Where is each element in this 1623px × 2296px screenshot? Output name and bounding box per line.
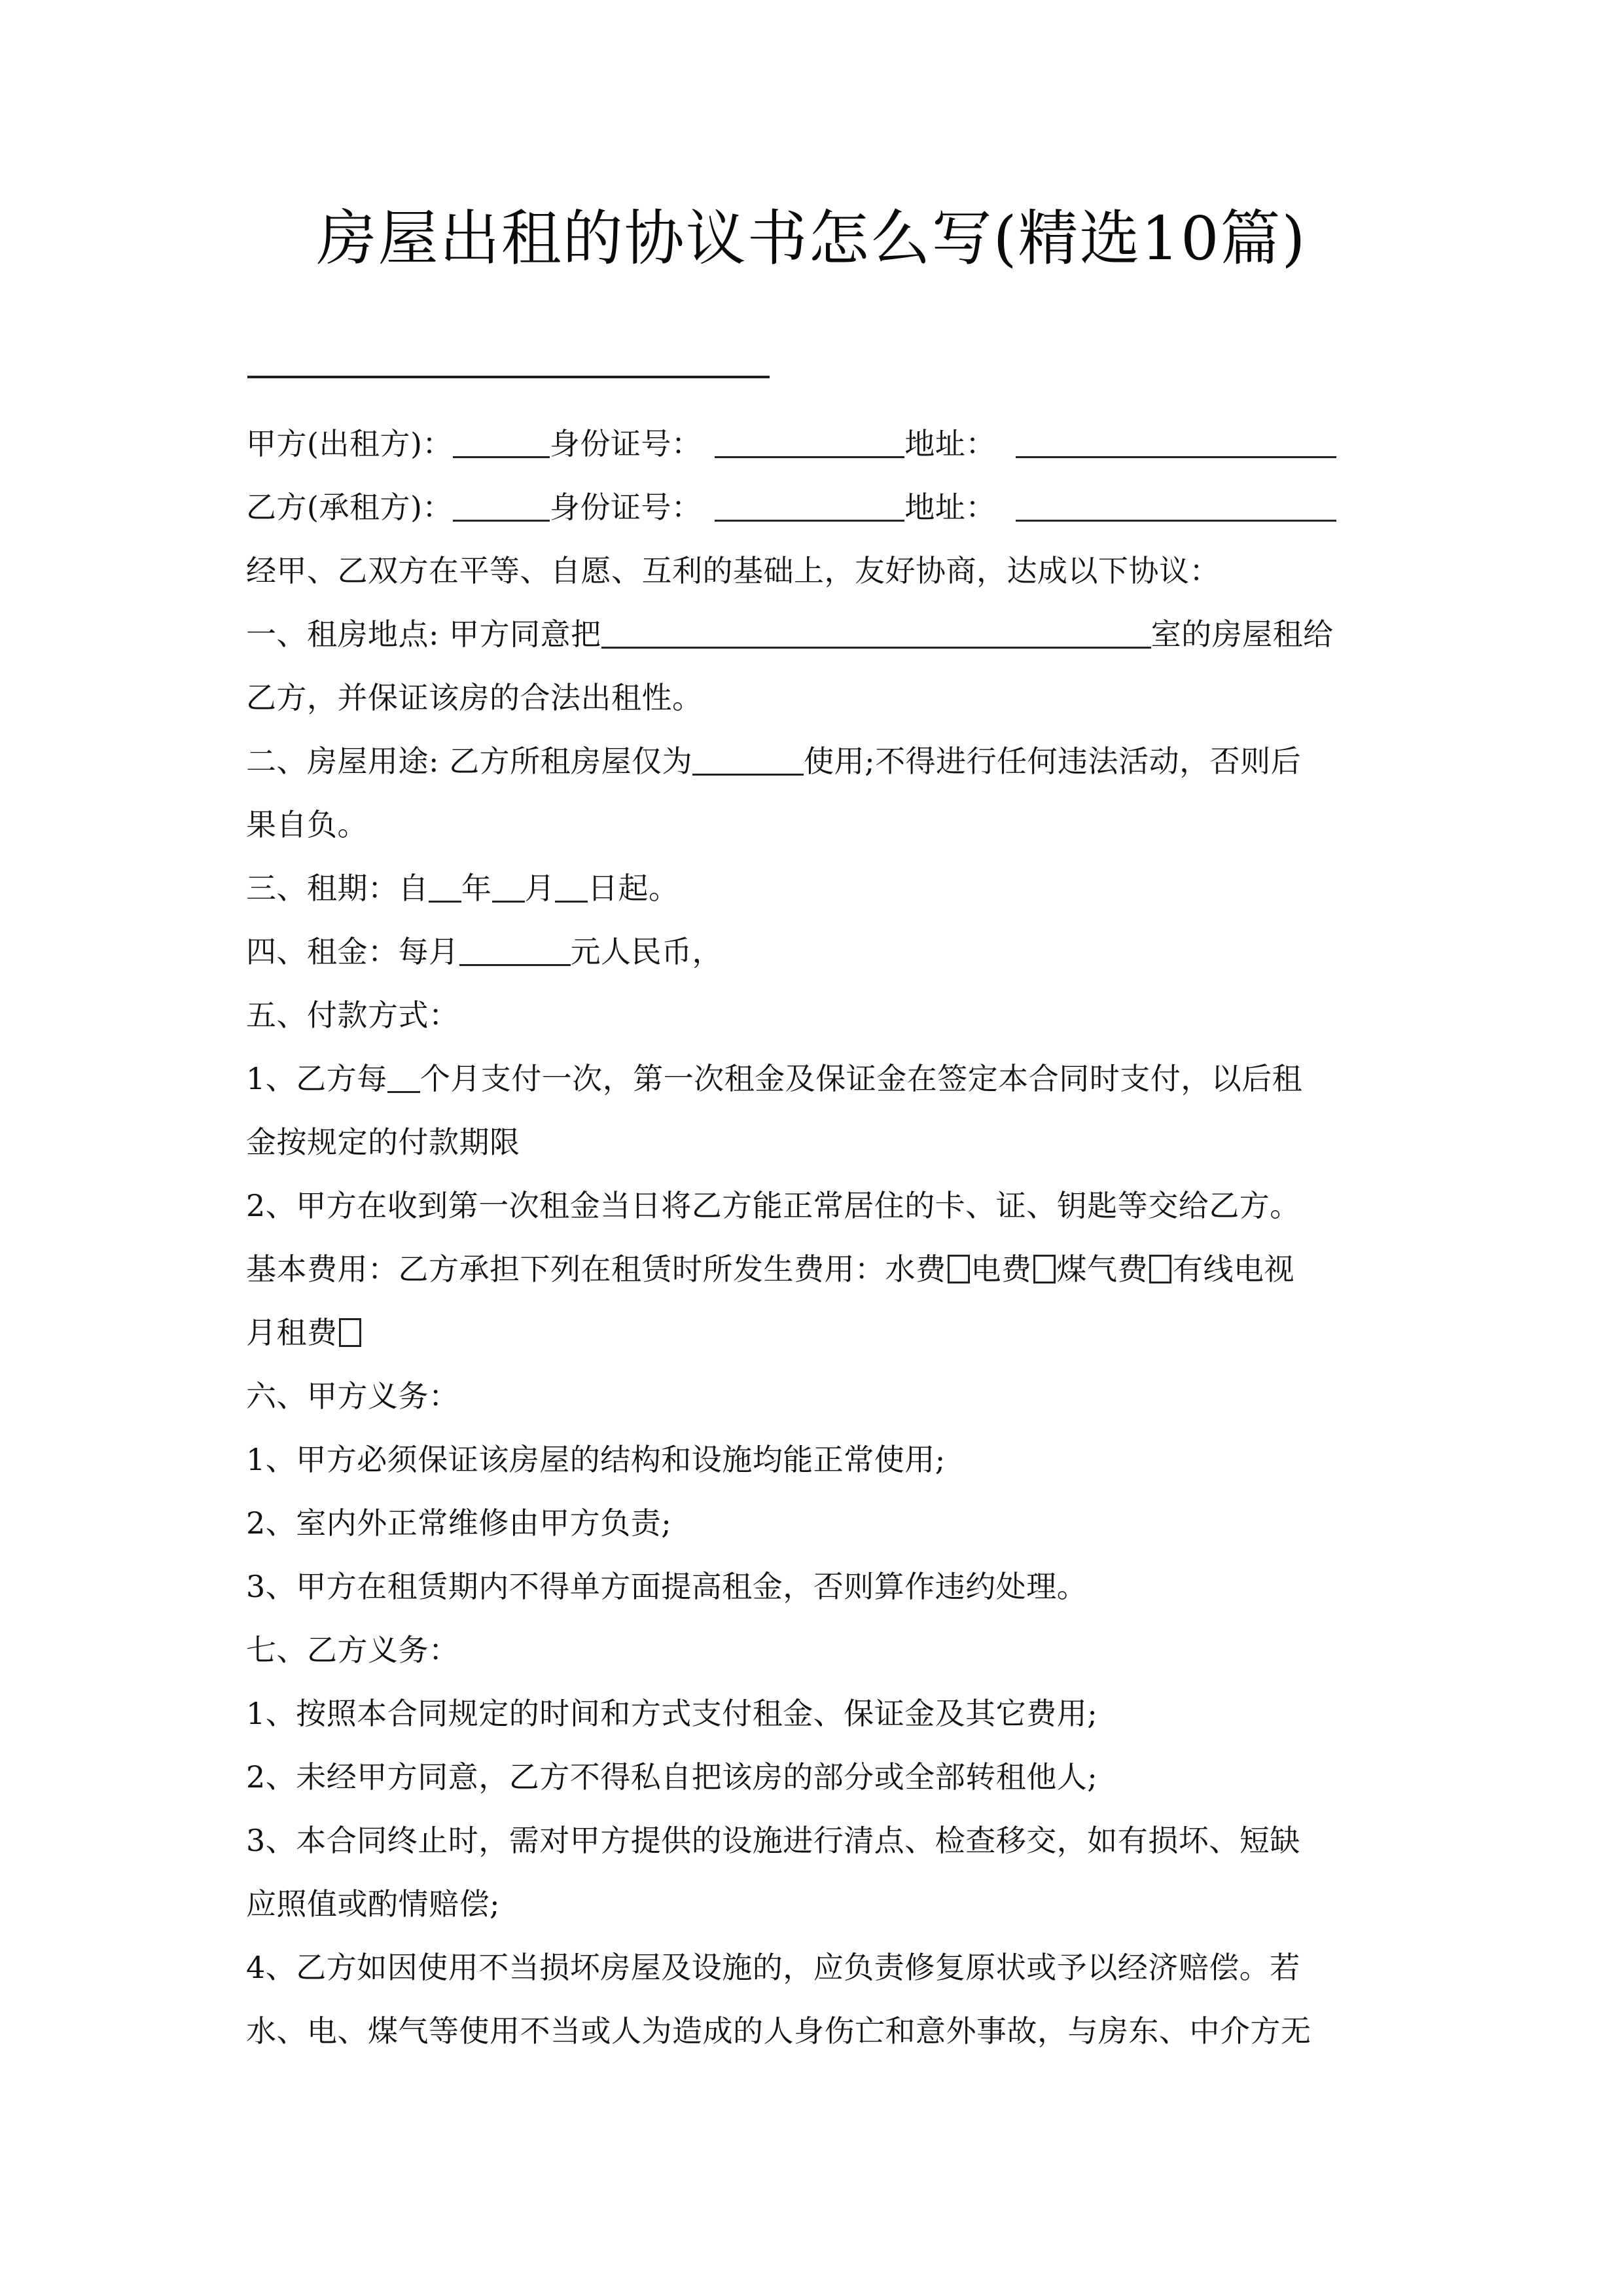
clause-5-1-text: 1、乙方每 (246, 1061, 387, 1096)
party-b-name-blank[interactable] (453, 486, 550, 522)
clause-4-line: 四、租金：每月元人民币， (246, 920, 1378, 984)
party-a-address-blank[interactable] (1016, 422, 1336, 458)
year-blank[interactable] (429, 867, 461, 903)
fees-line-1: 基本费用：乙方承担下列在租赁时所发生费用：水费电费煤气费有线电视 (246, 1238, 1378, 1301)
document-body: 甲方(出租方)：身份证号：地址： 乙方(承租方)：身份证号：地址： 经甲、乙双方… (246, 412, 1378, 2063)
party-b-id-label: 身份证号： (550, 490, 702, 525)
intro-paragraph: 经甲、乙双方在平等、自愿、互利的基础上，友好协商，达成以下协议： (246, 539, 1378, 603)
day-blank[interactable] (555, 867, 588, 903)
clause-7-item-2: 2、未经甲方同意，乙方不得私自把该房的部分或全部转租他人; (246, 1746, 1378, 1809)
clause-6-item-3: 3、甲方在租赁期内不得单方面提高租金，否则算作违约处理。 (246, 1555, 1378, 1619)
party-b-address-label: 地址： (904, 490, 996, 525)
clause-6-heading: 六、甲方义务： (246, 1365, 1378, 1428)
month-blank[interactable] (492, 867, 525, 903)
electricity-fee-label: 电费 (971, 1251, 1032, 1287)
cable-tv-monthly-checkbox[interactable] (339, 1318, 361, 1347)
rent-amount-blank[interactable] (459, 930, 571, 966)
clause-7-item-4-line-2: 水、电、煤气等使用不当或人为造成的人身伤亡和意外事故，与房东、中介方无 (246, 2000, 1378, 2063)
water-fee-checkbox[interactable] (948, 1255, 970, 1283)
clause-1-text-cont: 室的房屋租给 (1151, 617, 1334, 652)
clause-3-line: 三、租期：自年月日起。 (246, 857, 1378, 920)
party-b-label: 乙方(承租方)： (246, 490, 453, 525)
clause-1-text: 一、租房地点: 甲方同意把 (246, 617, 601, 652)
fees-text: 基本费用：乙方承担下列在租赁时所发生费用：水费 (246, 1251, 946, 1287)
clause-5-1-text-cont: 个月支付一次，第一次租金及保证金在签定本合同时支付，以后租 (420, 1061, 1303, 1096)
year-label: 年 (461, 870, 492, 906)
party-a-address-label: 地址： (904, 426, 996, 461)
month-label: 月 (525, 870, 556, 906)
monthly-fee-label: 月租费 (246, 1315, 338, 1350)
gas-fee-label: 煤气费 (1057, 1251, 1149, 1287)
clause-7-item-1: 1、按照本合同规定的时间和方式支付租金、保证金及其它费用; (246, 1682, 1378, 1746)
clause-5-heading: 五、付款方式： (246, 984, 1378, 1047)
clause-2-text-cont: 使用;不得进行任何违法活动，否则后 (804, 744, 1301, 779)
clause-5-item-1-line-1: 1、乙方每个月支付一次，第一次租金及保证金在签定本合同时支付，以后租 (246, 1047, 1378, 1111)
clause-2-text: 二、房屋用途: 乙方所租房屋仅为 (246, 744, 692, 779)
clause-2-line-2: 果自负。 (246, 793, 1378, 857)
clause-5-item-2: 2、甲方在收到第一次租金当日将乙方能正常居住的卡、证、钥匙等交给乙方。 (246, 1174, 1378, 1238)
document-page: 房屋出租的协议书怎么写(精选10篇) 甲方(出租方)：身份证号：地址： 乙方(承… (0, 0, 1623, 2296)
clause-6-item-1: 1、甲方必须保证该房屋的结构和设施均能正常使用; (246, 1428, 1378, 1492)
clause-3-text: 三、租期：自 (246, 870, 429, 906)
electricity-fee-checkbox[interactable] (1033, 1255, 1056, 1283)
party-b-id-blank[interactable] (715, 486, 904, 522)
party-b-address-blank[interactable] (1016, 486, 1336, 522)
clause-4-text-cont: 元人民币， (571, 934, 723, 969)
party-a-label: 甲方(出租方)： (246, 426, 453, 461)
cable-tv-label: 有线电视 (1173, 1251, 1294, 1287)
clause-1-line-1: 一、租房地点: 甲方同意把室的房屋租给 (246, 603, 1378, 666)
clause-1-line-2: 乙方，并保证该房的合法出租性。 (246, 666, 1378, 730)
room-location-blank[interactable] (601, 613, 1151, 649)
clause-7-item-4-line-1: 4、乙方如因使用不当损坏房屋及设施的，应负责修复原状或予以经济赔偿。若 (246, 1936, 1378, 2000)
usage-blank[interactable] (692, 740, 804, 776)
clause-2-line-1: 二、房屋用途: 乙方所租房屋仅为使用;不得进行任何违法活动，否则后 (246, 730, 1378, 793)
document-title: 房屋出租的协议书怎么写(精选10篇) (0, 196, 1623, 281)
clause-4-text: 四、租金：每月 (246, 934, 459, 969)
clause-6-item-2: 2、室内外正常维修由甲方负责; (246, 1492, 1378, 1555)
party-a-line: 甲方(出租方)：身份证号：地址： (246, 412, 1378, 476)
clause-7-heading: 七、乙方义务： (246, 1619, 1378, 1682)
party-b-line: 乙方(承租方)：身份证号：地址： (246, 476, 1378, 539)
day-label: 日起。 (588, 870, 679, 906)
clause-7-item-3-line-2: 应照值或酌情赔偿; (246, 1873, 1378, 1936)
party-a-id-label: 身份证号： (550, 426, 702, 461)
divider-line (247, 376, 770, 378)
clause-5-item-1-line-2: 金按规定的付款期限 (246, 1111, 1378, 1174)
payment-interval-blank[interactable] (387, 1057, 420, 1093)
fees-line-2: 月租费 (246, 1301, 1378, 1365)
party-a-name-blank[interactable] (453, 422, 550, 458)
party-a-id-blank[interactable] (715, 422, 904, 458)
gas-fee-checkbox[interactable] (1149, 1255, 1171, 1283)
clause-7-item-3-line-1: 3、本合同终止时，需对甲方提供的设施进行清点、检查移交，如有损坏、短缺 (246, 1809, 1378, 1873)
